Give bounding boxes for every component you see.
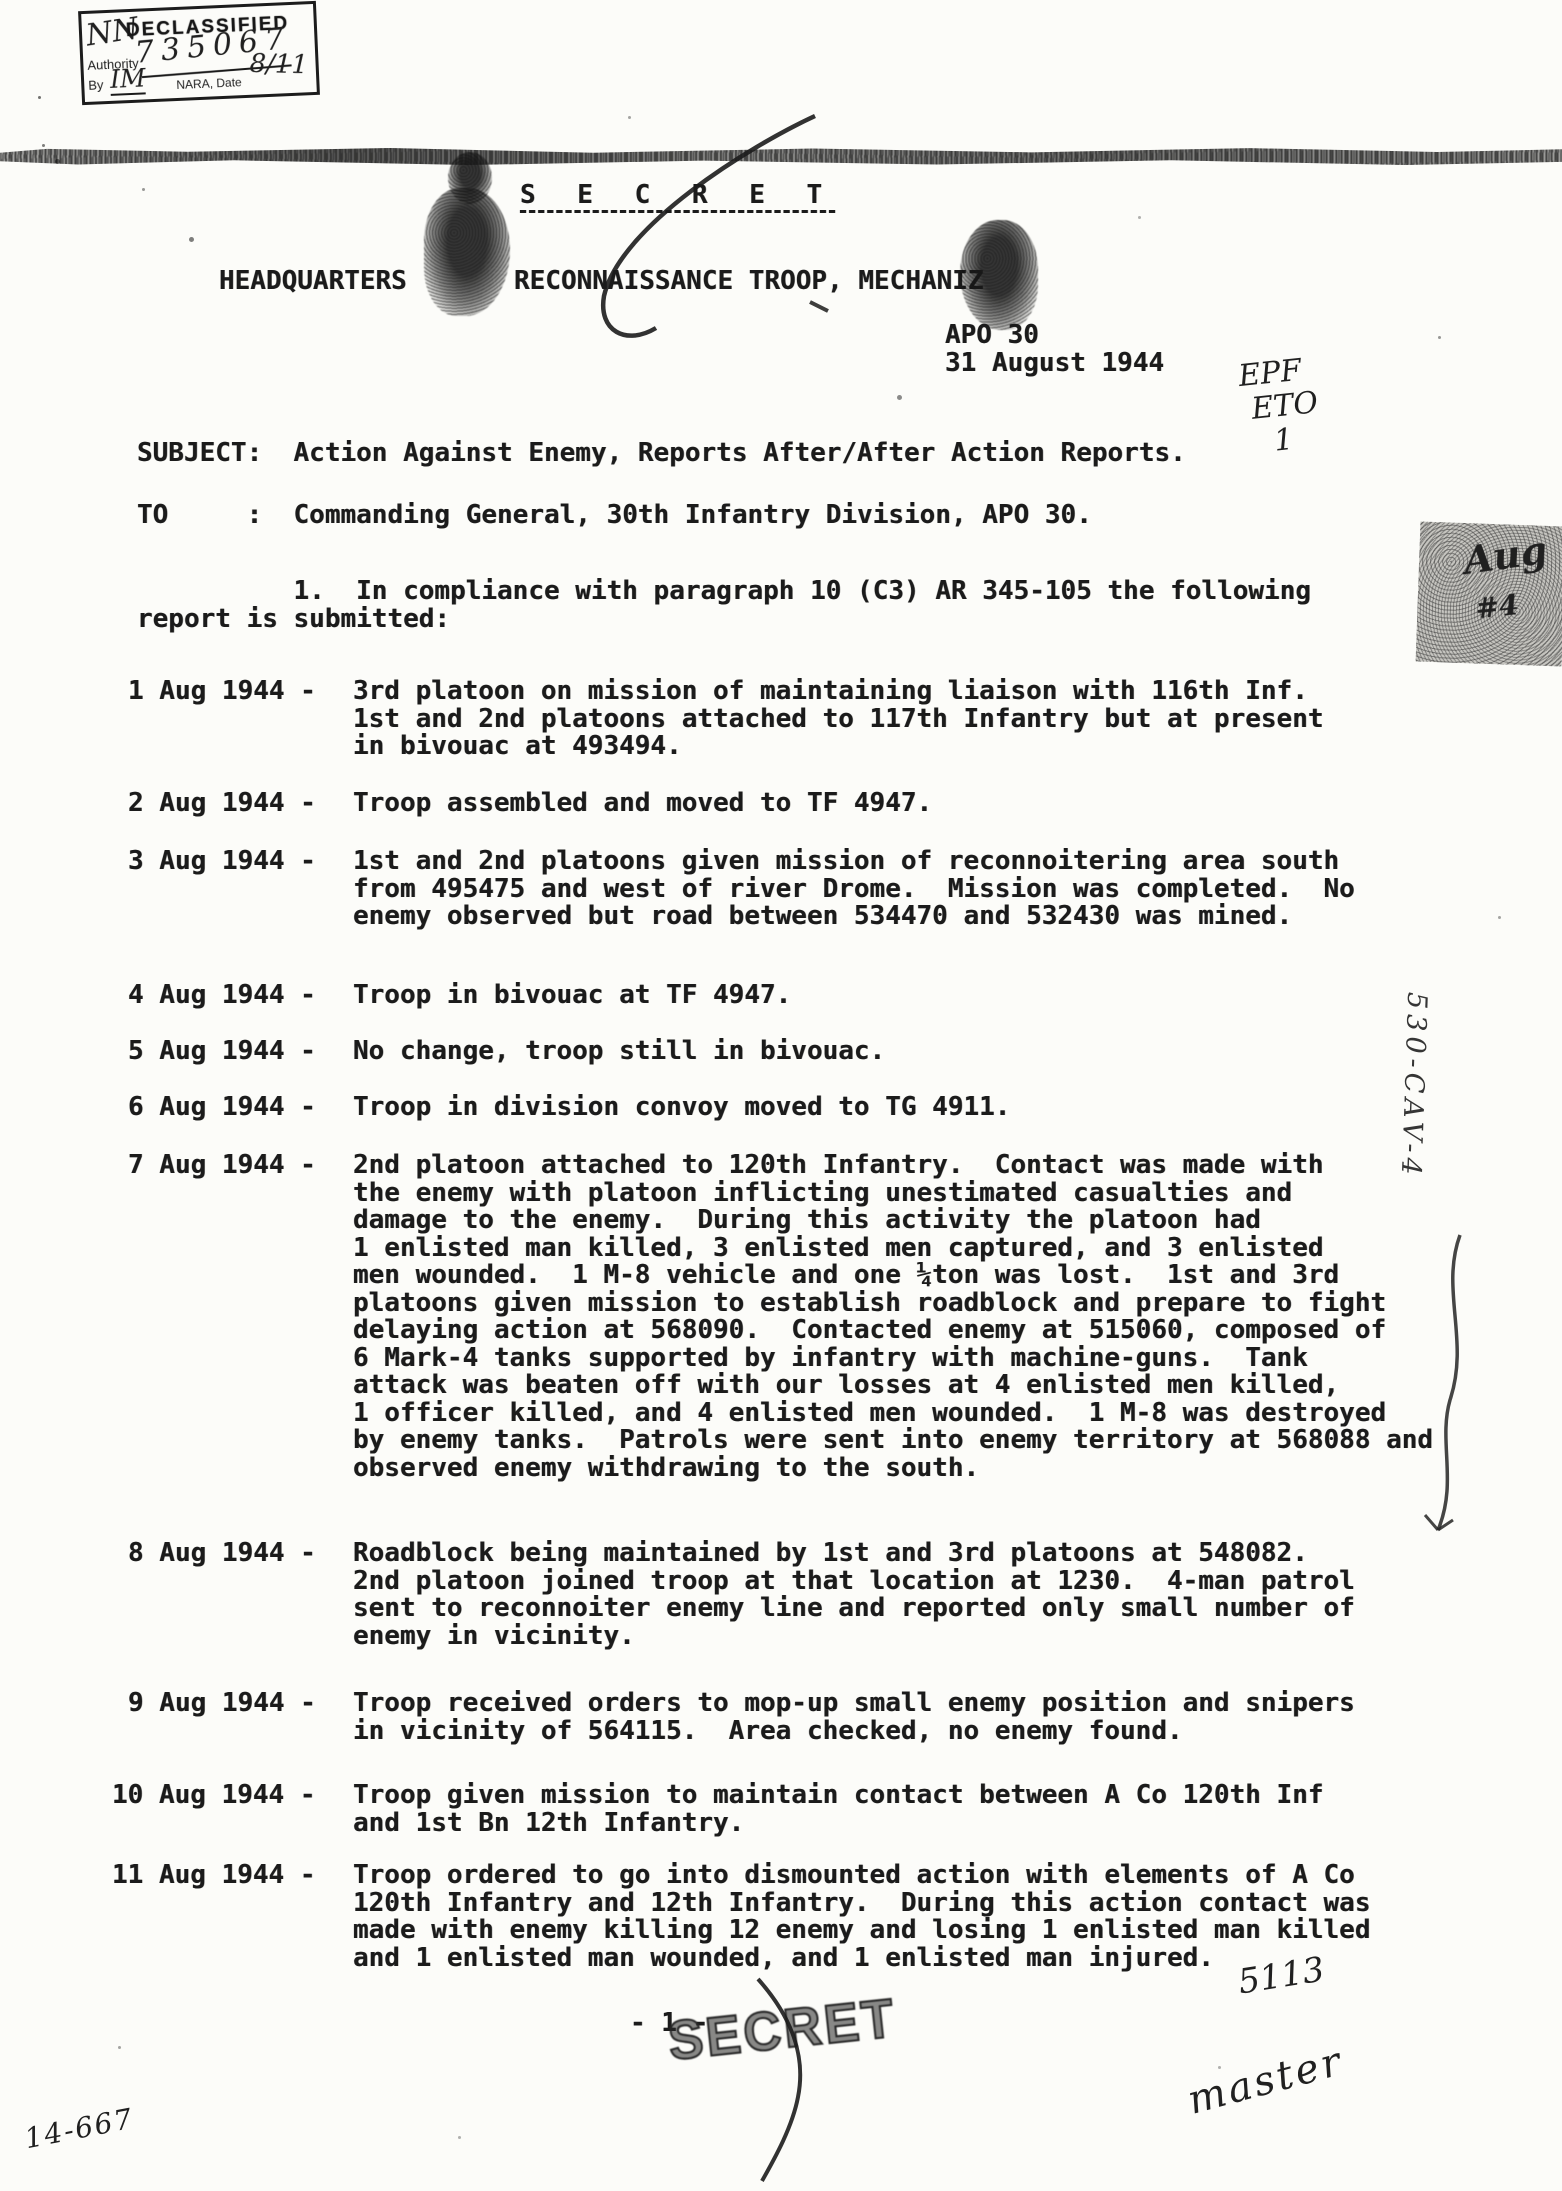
entry-text: Roadblock being maintained by 1st and 3r…	[353, 1540, 1355, 1650]
ink-blot	[424, 188, 510, 316]
entry-date: 1 Aug 1944 -	[128, 678, 316, 706]
entry-date: 11 Aug 1944 -	[112, 1862, 316, 1890]
to-line: TO : Commanding General, 30th Infantry D…	[137, 502, 1092, 530]
classification-header: S E C R E T	[520, 182, 835, 210]
declass-by-initials: IM	[109, 63, 146, 96]
declass-nara-label: NARA, Date	[176, 75, 242, 92]
entry-text: 3rd platoon on mission of maintaining li…	[353, 678, 1324, 761]
entry-date: 3 Aug 1944 -	[128, 848, 316, 876]
scan-speckles	[38, 96, 41, 99]
entry-text: Troop in bivouac at TF 4947.	[353, 982, 791, 1010]
secret-footer-stamp: SECRET	[665, 1987, 899, 2074]
entry-date: 2 Aug 1944 -	[128, 790, 316, 818]
ink-blot	[448, 152, 492, 204]
corner-reference-number: 14-667	[22, 2102, 137, 2155]
date-line: 31 August 1944	[945, 350, 1164, 378]
declass-by-label: By	[88, 77, 104, 93]
entry-text: 1st and 2nd platoons given mission of re…	[353, 848, 1355, 931]
entry-date: 6 Aug 1944 -	[128, 1094, 316, 1122]
entry-date: 8 Aug 1944 -	[128, 1540, 316, 1568]
opening-paragraph: 1. In compliance with paragraph 10 (C3) …	[137, 578, 1311, 633]
entry-date: 4 Aug 1944 -	[128, 982, 316, 1010]
archive-tab: Aug #4	[1416, 521, 1562, 666]
entry-text: No change, troop still in bivouac.	[353, 1038, 885, 1066]
tab-number-label: #4	[1474, 588, 1520, 625]
unit-heading-right: RECONNAISSANCE TROOP, MECHANIZ	[514, 268, 984, 296]
apo-line: APO 30	[945, 322, 1039, 350]
entry-date: 10 Aug 1944 -	[112, 1782, 316, 1810]
unit-heading-left: HEADQUARTERS	[219, 268, 407, 296]
entry-text: Troop ordered to go into dismounted acti…	[353, 1862, 1370, 1972]
ink-blot	[960, 220, 1038, 330]
entry-date: 9 Aug 1944 -	[128, 1690, 316, 1718]
margin-vertical-annotation: 530-CAV-4	[1395, 992, 1433, 1181]
handwritten-master: master	[1183, 2038, 1349, 2124]
scanned-document-page: NN DECLASSIFIED 735067 Authority By IM N…	[0, 0, 1562, 2191]
entry-text: Troop in division convoy moved to TG 491…	[353, 1094, 1010, 1122]
entry-text: Troop assembled and moved to TF 4947.	[353, 790, 932, 818]
declass-date: 8/11	[249, 49, 308, 81]
declassified-stamp: NN DECLASSIFIED 735067 Authority By IM N…	[78, 1, 320, 105]
entry-text: Troop received orders to mop-up small en…	[353, 1690, 1355, 1745]
subject-line: SUBJECT: Action Against Enemy, Reports A…	[137, 440, 1186, 468]
tab-month-label: Aug	[1461, 527, 1550, 583]
scan-noise-band	[0, 147, 1562, 166]
entry-text: Troop given mission to maintain contact …	[353, 1782, 1324, 1837]
entry-text: 2nd platoon attached to 120th Infantry. …	[353, 1152, 1433, 1482]
handwritten-routing-note: EPF ETO 1	[1237, 352, 1323, 461]
entry-date: 7 Aug 1944 -	[128, 1152, 316, 1180]
entry-date: 5 Aug 1944 -	[128, 1038, 316, 1066]
